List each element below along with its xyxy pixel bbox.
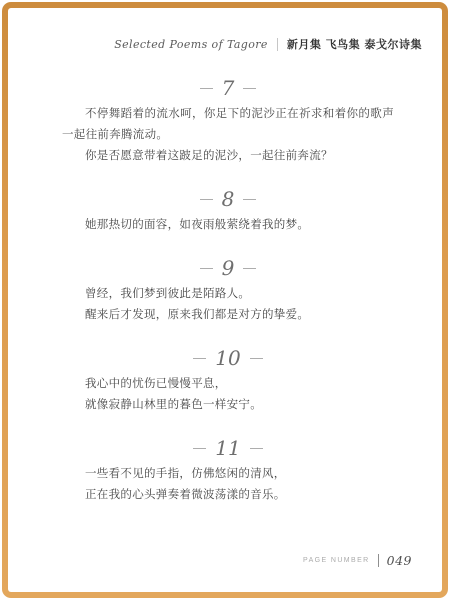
poem-section-7: 7 不停舞蹈着的流水呵，你足下的泥沙正在祈求和着你的歌声一起往前奔腾流动。 你是… — [62, 76, 394, 167]
poem-number-heading: 7 — [62, 76, 394, 103]
header-divider — [277, 38, 278, 51]
page-content-area: Selected Poems of Tagore 新月集 飞鸟集 泰戈尔诗集 7… — [8, 8, 442, 592]
dash-ornament — [250, 358, 263, 359]
poem-number: 8 — [222, 187, 235, 211]
poem-column: 7 不停舞蹈着的流水呵，你足下的泥沙正在祈求和着你的歌声一起往前奔腾流动。 你是… — [62, 76, 394, 506]
poem-line: 正在我的心头弹奏着微波荡漾的音乐。 — [62, 485, 394, 506]
poem-section-8: 8 她那热切的面容，如夜雨般萦绕着我的梦。 — [62, 187, 394, 236]
poem-line: 我心中的忧伤已慢慢平息， — [62, 374, 394, 395]
poem-line: 曾经，我们梦到彼此是陌路人。 — [62, 284, 394, 305]
poem-number: 9 — [222, 256, 235, 280]
poem-line: 你是否愿意带着这跛足的泥沙，一起往前奔流？ — [62, 146, 394, 167]
footer-divider — [378, 554, 379, 567]
page-number: 049 — [387, 553, 412, 568]
poem-section-11: 11 一些看不见的手指，仿佛悠闲的清风， 正在我的心头弹奏着微波荡漾的音乐。 — [62, 436, 394, 506]
poem-line: 醒来后才发现，原来我们都是对方的挚爱。 — [62, 305, 394, 326]
poem-number-heading: 9 — [62, 256, 394, 283]
poem-number: 10 — [215, 346, 240, 370]
page-footer: PAGE NUMBER 049 — [303, 553, 412, 568]
dash-ornament — [250, 448, 263, 449]
dash-ornament — [193, 448, 206, 449]
poem-line: 一些看不见的手指，仿佛悠闲的清风， — [62, 464, 394, 485]
running-head: Selected Poems of Tagore 新月集 飞鸟集 泰戈尔诗集 — [114, 36, 422, 52]
poem-number-heading: 10 — [62, 346, 394, 373]
poem-number: 11 — [215, 436, 240, 460]
book-page: Selected Poems of Tagore 新月集 飞鸟集 泰戈尔诗集 7… — [0, 0, 450, 600]
poem-section-10: 10 我心中的忧伤已慢慢平息， 就像寂静山林里的暮色一样安宁。 — [62, 346, 394, 416]
poem-section-9: 9 曾经，我们梦到彼此是陌路人。 醒来后才发现，原来我们都是对方的挚爱。 — [62, 256, 394, 326]
page-border-frame: Selected Poems of Tagore 新月集 飞鸟集 泰戈尔诗集 7… — [2, 2, 448, 598]
english-series-title: Selected Poems of Tagore — [114, 38, 268, 51]
poem-number-heading: 11 — [62, 436, 394, 463]
dash-ornament — [193, 358, 206, 359]
poem-line: 她那热切的面容，如夜雨般萦绕着我的梦。 — [62, 215, 394, 236]
dash-ornament — [243, 88, 256, 89]
poem-line: 不停舞蹈着的流水呵，你足下的泥沙正在祈求和着你的歌声一起往前奔腾流动。 — [62, 104, 394, 146]
dash-ornament — [200, 199, 213, 200]
dash-ornament — [200, 268, 213, 269]
dash-ornament — [200, 88, 213, 89]
dash-ornament — [243, 268, 256, 269]
poem-number: 7 — [222, 76, 235, 100]
footer-label: PAGE NUMBER — [303, 557, 370, 564]
poem-line: 就像寂静山林里的暮色一样安宁。 — [62, 395, 394, 416]
poem-number-heading: 8 — [62, 187, 394, 214]
chinese-book-title: 新月集 飞鸟集 泰戈尔诗集 — [287, 36, 422, 52]
dash-ornament — [243, 199, 256, 200]
